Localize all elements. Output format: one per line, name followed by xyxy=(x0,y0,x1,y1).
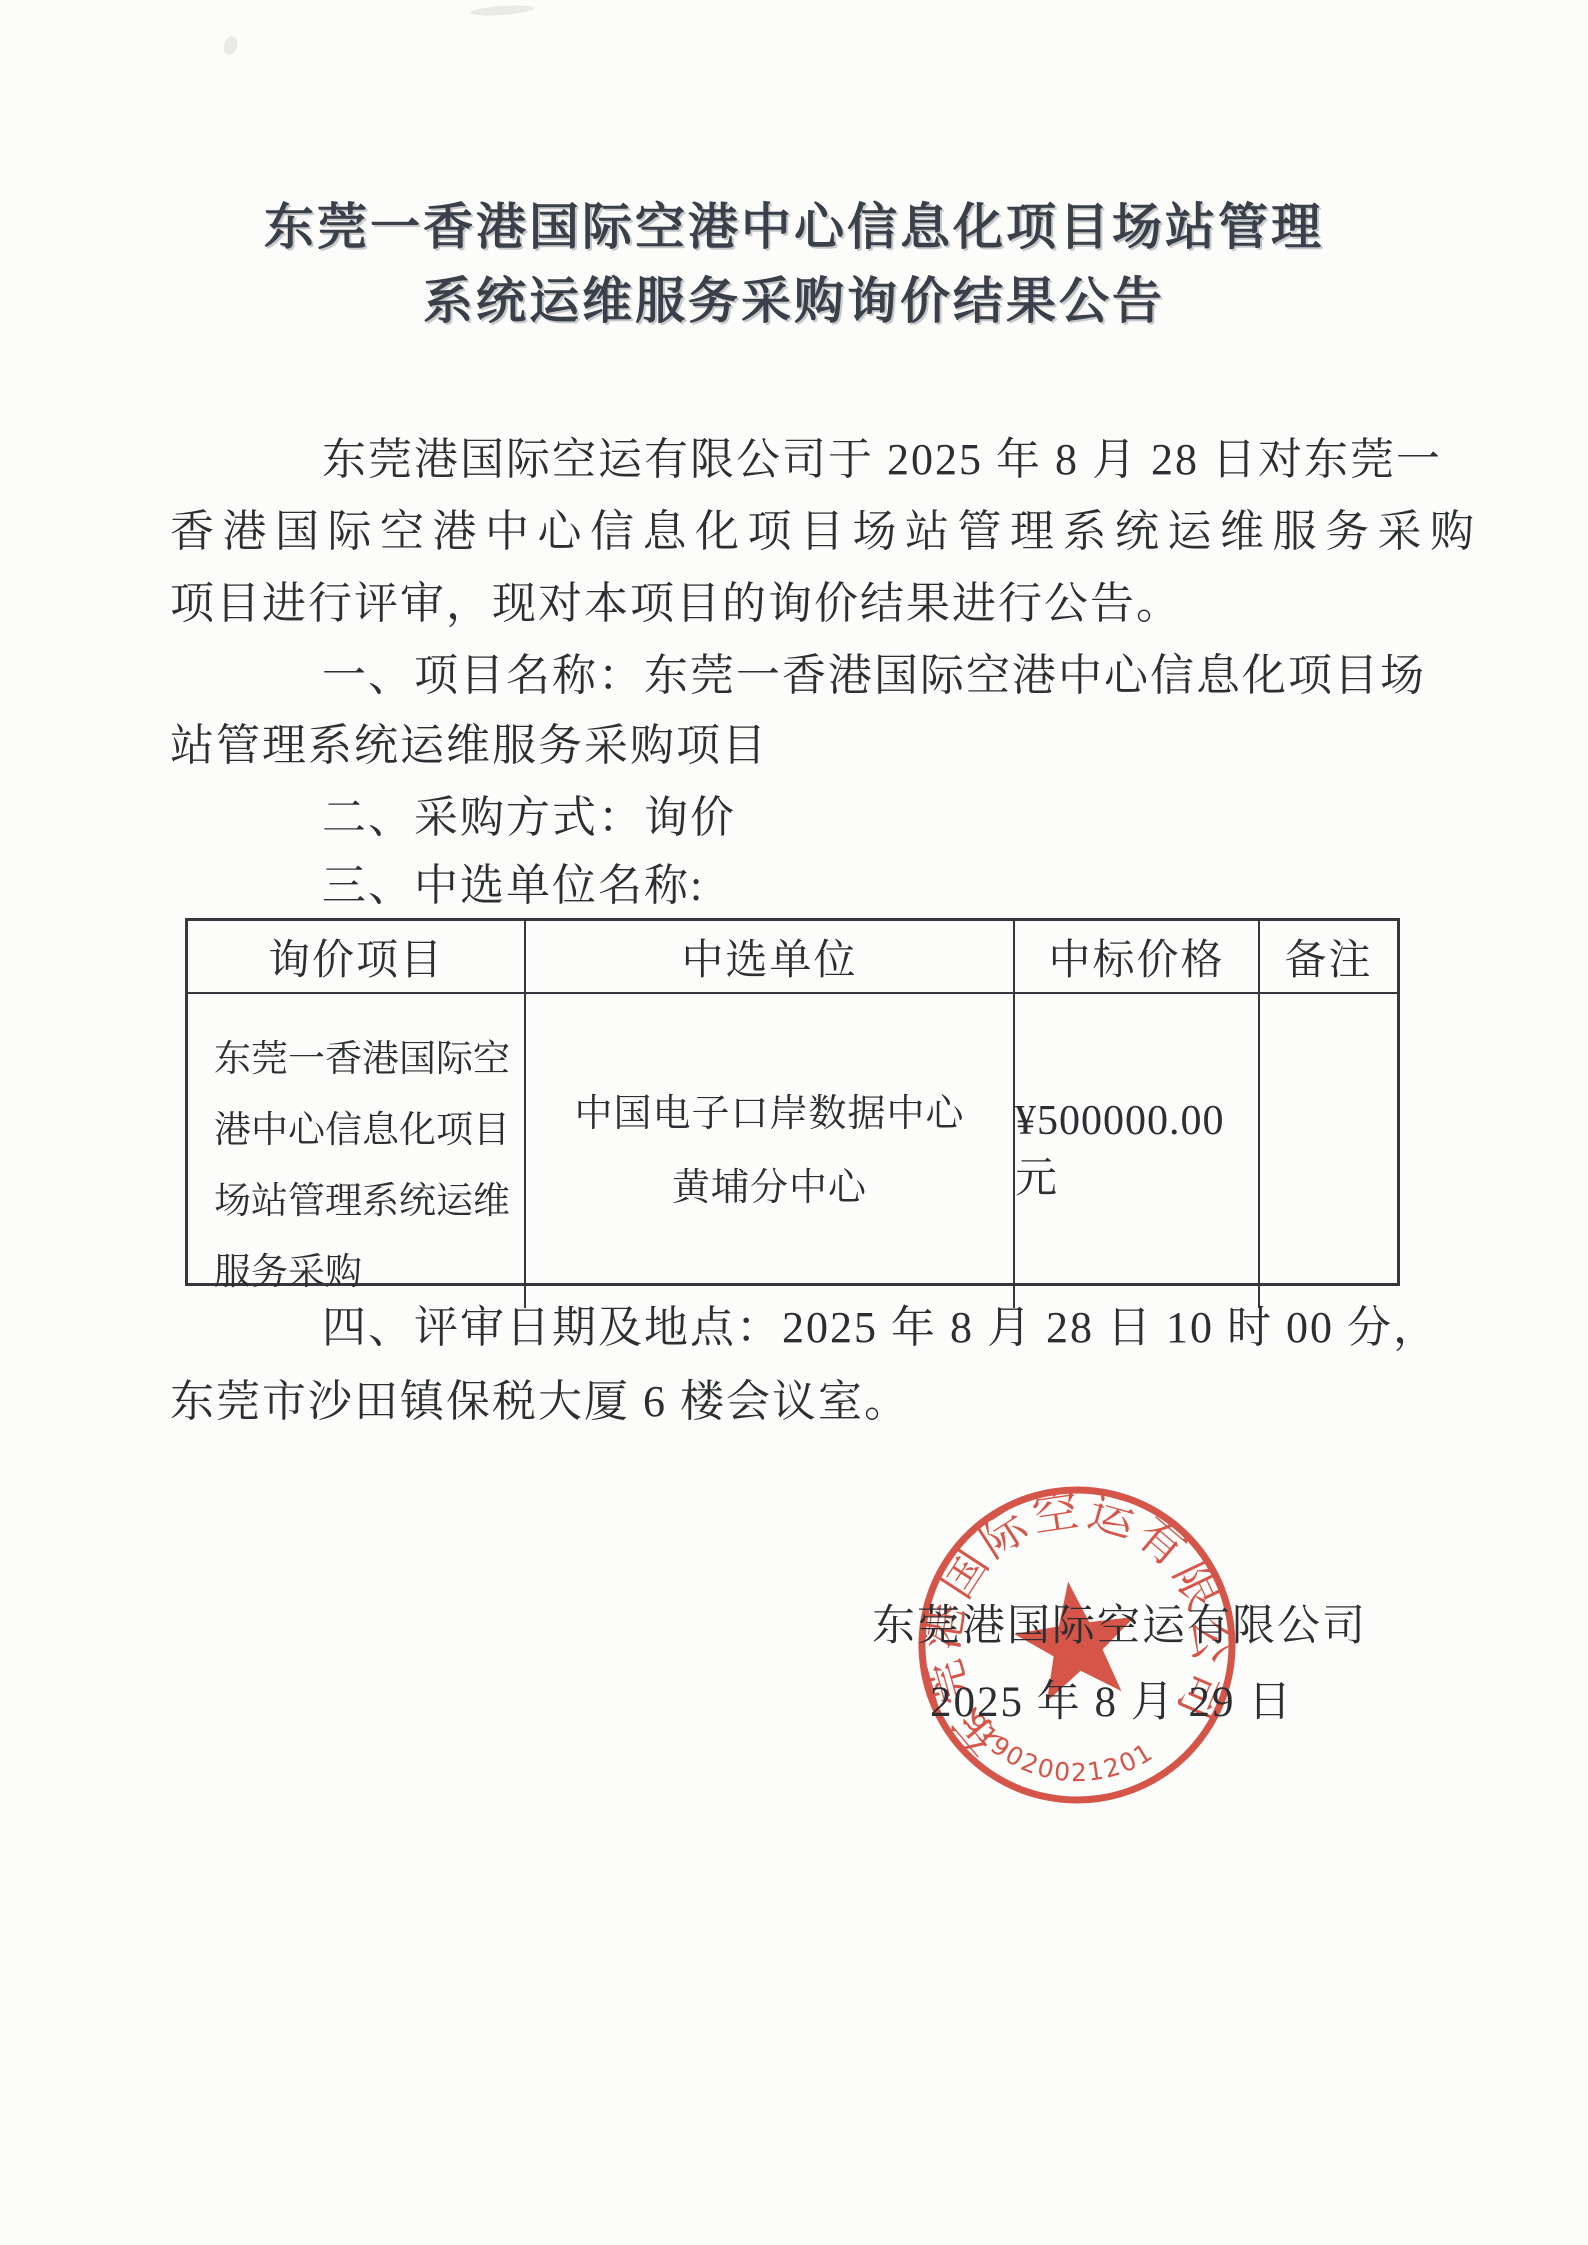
list-item-project-name-cont: 站管理系统运维服务采购项目 xyxy=(170,718,1430,774)
table-cell-line: 服务采购 xyxy=(214,1237,514,1308)
table-header-selected-unit: 中选单位 xyxy=(526,921,1015,994)
document-title: 东莞一香港国际空港中心信息化项目场站管理 系统运维服务采购询价结果公告 xyxy=(0,190,1588,338)
paragraph-line: 东莞港国际空运有限公司于 2025 年 8 月 28 日对东莞一 xyxy=(170,432,1582,488)
table-cell-line: 港中心信息化项目 xyxy=(214,1095,514,1166)
table-cell-winning-price: ¥500000.00 元 xyxy=(1015,994,1260,1308)
table-cell-line: 东莞一香港国际空 xyxy=(214,1024,514,1095)
result-table: 询价项目 中选单位 中标价格 备注 东莞一香港国际空 港中心信息化项目 场站管理… xyxy=(185,918,1400,1286)
table-cell-line: 黄埔分中心 xyxy=(672,1151,867,1225)
list-item-review-location: 东莞市沙田镇保税大厦 6 楼会议室。 xyxy=(170,1374,1430,1430)
scanned-document-page: 东莞一香港国际空港中心信息化项目场站管理 系统运维服务采购询价结果公告 东莞港国… xyxy=(0,0,1588,2245)
table-cell-selected-unit: 中国电子口岸数据中心 黄埔分中心 xyxy=(526,994,1015,1308)
table-cell-line: 中国电子口岸数据中心 xyxy=(574,1077,964,1151)
table-header-inquiry-item: 询价项目 xyxy=(188,921,526,994)
signature-date: 2025 年 8 月 29 日 xyxy=(930,1668,1293,1729)
paragraph-line: 香港国际空港中心信息化项目场站管理系统运维服务采购 xyxy=(170,504,1430,560)
table-header-remark: 备注 xyxy=(1260,921,1397,994)
list-item-project-name: 一、项目名称：东莞一香港国际空港中心信息化项目场 xyxy=(170,648,1582,704)
document-title-line-1: 东莞一香港国际空港中心信息化项目场站管理 xyxy=(0,190,1588,264)
table-cell-line: 场站管理系统运维 xyxy=(214,1166,514,1237)
list-item-winner-heading: 三、中选单位名称: xyxy=(170,858,1582,914)
document-title-line-2: 系统运维服务采购询价结果公告 xyxy=(0,264,1588,338)
table-cell-remark xyxy=(1260,994,1397,1308)
scan-artifact xyxy=(221,34,239,56)
scan-artifact xyxy=(470,4,534,17)
table-cell-inquiry-item: 东莞一香港国际空 港中心信息化项目 场站管理系统运维 服务采购 xyxy=(188,994,526,1308)
list-item-procurement-method: 二、采购方式：询价 xyxy=(170,790,1582,846)
signature-company-name: 东莞港国际空运有限公司 xyxy=(872,1592,1367,1653)
paragraph-line: 项目进行评审，现对本项目的询价结果进行公告。 xyxy=(170,576,1430,632)
list-item-review-date: 四、评审日期及地点：2025 年 8 月 28 日 10 时 00 分， xyxy=(170,1300,1582,1356)
table-header-winning-price: 中标价格 xyxy=(1015,921,1260,994)
